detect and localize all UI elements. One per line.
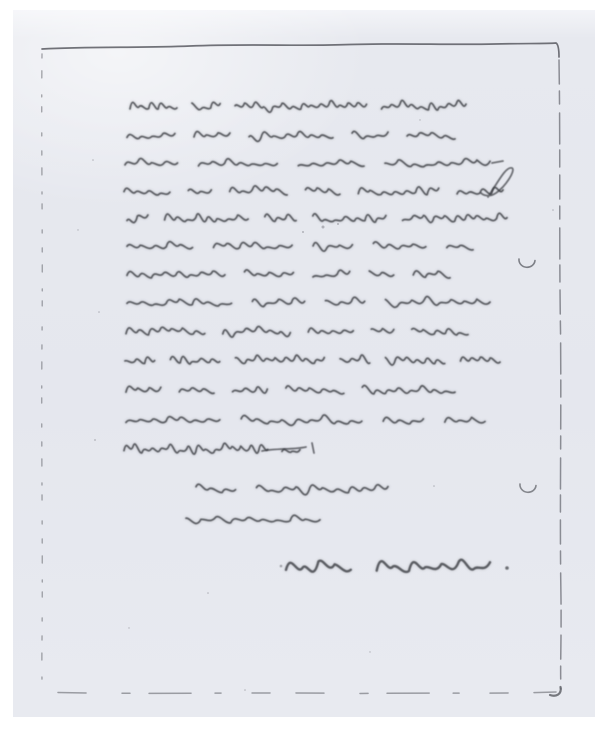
- hole-punch-top-mark: [519, 259, 535, 267]
- hyphen-stroke: [492, 161, 503, 163]
- handwritten-line-1-ghost: bitte ich mitzuschicken, natürlich: [130, 100, 466, 112]
- handwritten-line-12-ghost: warten. Verzeihen Sie die: [126, 415, 485, 425]
- hole-punch-marks: [519, 259, 536, 492]
- exclamation-stroke: [312, 443, 314, 453]
- ink-speck: [207, 592, 209, 594]
- handwriting-layer: bitte ich mitzuschicken, natürlichwenn S…: [124, 100, 507, 572]
- signature-period-dot: [505, 566, 509, 570]
- hole-punch-bottom-mark: [520, 484, 536, 492]
- border-left-line: [42, 54, 43, 687]
- border-top-line: [42, 43, 559, 57]
- ink-specks: [77, 119, 554, 691]
- ink-speck: [94, 439, 96, 441]
- ink-speck: [322, 226, 325, 229]
- handwriting-flourishes: [262, 161, 513, 570]
- ink-speck: [98, 311, 100, 313]
- hand-drawn-border: [42, 43, 561, 696]
- ink-speck: [552, 209, 554, 211]
- ink-speck: [302, 231, 304, 233]
- border-right-line: [559, 60, 561, 689]
- ink-speck: [337, 223, 339, 225]
- ink-speck: [244, 689, 246, 691]
- pre-signature-dot: [280, 565, 283, 568]
- ink-speck: [433, 485, 435, 487]
- border-bottom-line: [58, 692, 556, 694]
- ink-speck: [92, 159, 94, 161]
- handwritten-line-15: grüssend,: [186, 515, 320, 523]
- handwritten-line-4: bar, so bitte die Auswahl wohl: [124, 186, 503, 195]
- scanned-letter-page: bitte ich mitzuschicken, natürlichwenn S…: [0, 0, 600, 737]
- handwriting-ghost-layer: bitte ich mitzuschicken, natürlichwenn S…: [124, 100, 507, 572]
- ink-speck: [128, 627, 129, 628]
- ink-speck: [419, 119, 420, 120]
- ink-speck: [77, 229, 78, 230]
- letter-scan: bitte ich mitzuschicken, natürlichwenn S…: [0, 0, 600, 737]
- ink-speck: [369, 651, 370, 652]
